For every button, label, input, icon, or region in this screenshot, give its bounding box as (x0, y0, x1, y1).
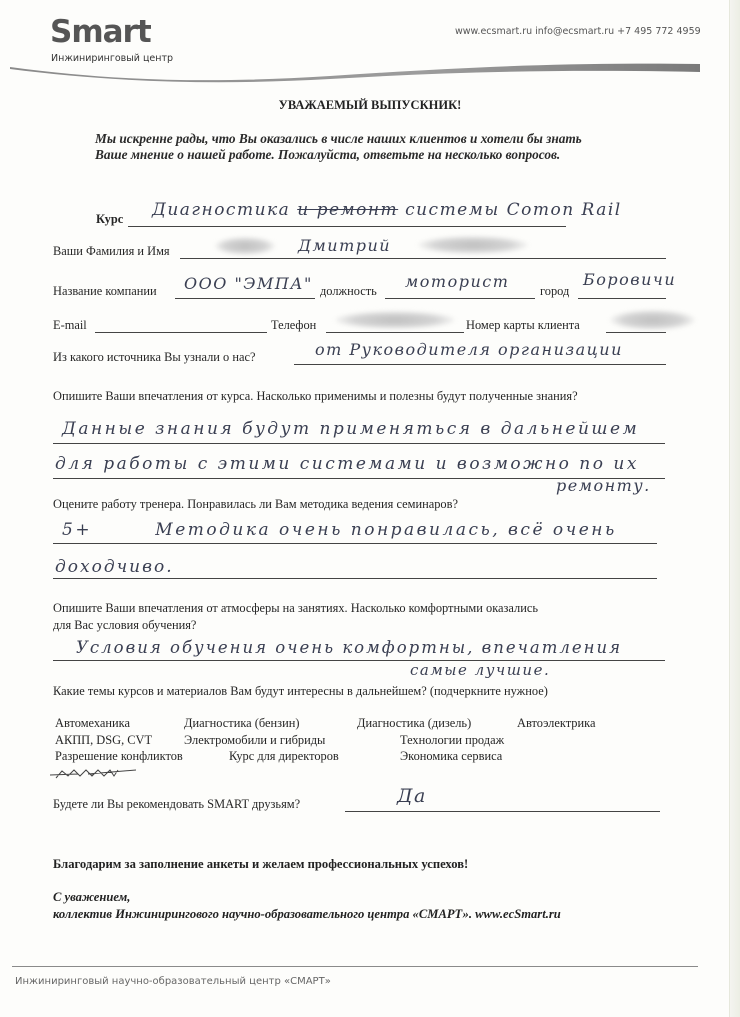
city-underline (578, 298, 666, 299)
name-underline (180, 258, 666, 259)
redacted-surname (215, 237, 275, 255)
topic-electric-hybrid[interactable]: Электромобили и гибриды (184, 733, 325, 748)
city-label: город (540, 284, 569, 299)
answer-2-line-2 (53, 578, 657, 579)
recommend-underline (345, 811, 660, 812)
topic-conflict-resolution[interactable]: Разрешение конфликтов (55, 749, 183, 764)
phone-field[interactable] (326, 332, 464, 333)
card-field[interactable] (606, 332, 666, 333)
position-field[interactable]: моторист (405, 272, 509, 291)
course-label: Курс (96, 212, 123, 227)
company-field[interactable]: ООО "ЭМПА" (184, 274, 313, 293)
topic-diagnostics-diesel[interactable]: Диагностика (дизель) (357, 716, 471, 731)
form-title: УВАЖАЕМЫЙ ВЫПУСКНИК! (0, 98, 740, 113)
topic-diagnostics-petrol[interactable]: Диагностика (бензин) (184, 716, 299, 731)
answer-1-text-2[interactable]: для работы с этими системами и возможно … (55, 454, 639, 474)
question-trainer: Оцените работу тренера. Понравилась ли В… (53, 497, 458, 512)
answer-1-text-3[interactable]: ремонту. (556, 476, 651, 495)
topic-automechanics[interactable]: Автомеханика (55, 716, 130, 731)
topics-prompt: Какие темы курсов и материалов Вам будут… (53, 684, 548, 699)
redacted-patronymic (418, 236, 528, 254)
intro-text: Мы искренне рады, что Вы оказались в чис… (95, 131, 675, 163)
signature-line-2: коллектив Инжинирингового научно-образов… (53, 906, 561, 923)
answer-1-text-1[interactable]: Данные знания будут применяться в дальне… (62, 419, 639, 439)
footer-divider (12, 966, 698, 967)
source-label: Из какого источника Вы узнали о нас? (53, 350, 255, 365)
footer-text: Инжиниринговый научно-образовательный це… (15, 976, 331, 987)
name-field[interactable]: Дмитрий (298, 236, 391, 255)
topic-autoelectrics[interactable]: Автоэлектрика (517, 716, 595, 731)
company-label: Название компании (53, 284, 157, 299)
position-label: должность (320, 284, 377, 299)
topic-directors-course[interactable]: Курс для директоров (229, 749, 339, 764)
course-underline (128, 226, 566, 227)
header-swoosh-decoration (0, 50, 740, 90)
city-field[interactable]: Боровичи (583, 270, 676, 289)
contact-info: www.ecsmart.ru info@ecsmart.ru +7 495 77… (455, 26, 701, 37)
answer-3-text-1[interactable]: Условия обучения очень комфортны, впечат… (76, 638, 622, 657)
recommend-label: Будете ли Вы рекомендовать SMART друзьям… (53, 797, 300, 812)
email-field[interactable] (95, 332, 267, 333)
course-field[interactable]: Диагностика и ремонт системы Comon Rail (152, 200, 622, 220)
thanks-text: Благодарим за заполнение анкеты и желаем… (53, 857, 468, 872)
answer-1-line-1 (53, 443, 665, 444)
answer-2-line-1 (53, 543, 657, 544)
redacted-phone (335, 311, 455, 329)
source-field[interactable]: от Руководителя организации (315, 340, 623, 359)
smart-logo: Smart (50, 14, 151, 50)
question-course-impressions: Опишите Ваши впечатления от курса. Наско… (53, 389, 578, 404)
phone-label: Телефон (271, 318, 316, 333)
handwritten-scribble (48, 764, 138, 782)
question-atmosphere-line-1: Опишите Ваши впечатления от атмосферы на… (53, 601, 538, 616)
name-label: Ваши Фамилия и Имя (53, 244, 170, 259)
signature-line-1: С уважением, (53, 889, 561, 906)
intro-line-1: Мы искренне рады, что Вы оказались в чис… (95, 131, 675, 147)
intro-line-2: Ваше мнение о нашей работе. Пожалуйста, … (95, 147, 675, 163)
answer-3-line-1 (53, 660, 665, 661)
signature-block: С уважением, коллектив Инжинирингового н… (53, 889, 561, 923)
recommend-field[interactable]: Да (397, 785, 427, 807)
card-label: Номер карты клиента (466, 318, 580, 333)
redacted-card (610, 310, 695, 330)
topic-sales-tech[interactable]: Технологии продаж (400, 733, 504, 748)
position-underline (385, 298, 535, 299)
answer-3-text-2[interactable]: самые лучшие. (410, 661, 550, 679)
paper-edge (729, 0, 740, 1017)
topic-service-economics[interactable]: Экономика сервиса (400, 749, 502, 764)
answer-2-text-1[interactable]: 5+ Методика очень понравилась, всё очень (62, 520, 617, 540)
email-label: E-mail (53, 318, 87, 333)
answer-2-text-2[interactable]: доходчиво. (55, 557, 174, 577)
question-atmosphere-line-2: для Вас условия обучения? (53, 618, 196, 633)
source-underline (294, 364, 666, 365)
topic-transmissions[interactable]: АКПП, DSG, CVT (55, 733, 152, 748)
company-underline (175, 298, 315, 299)
